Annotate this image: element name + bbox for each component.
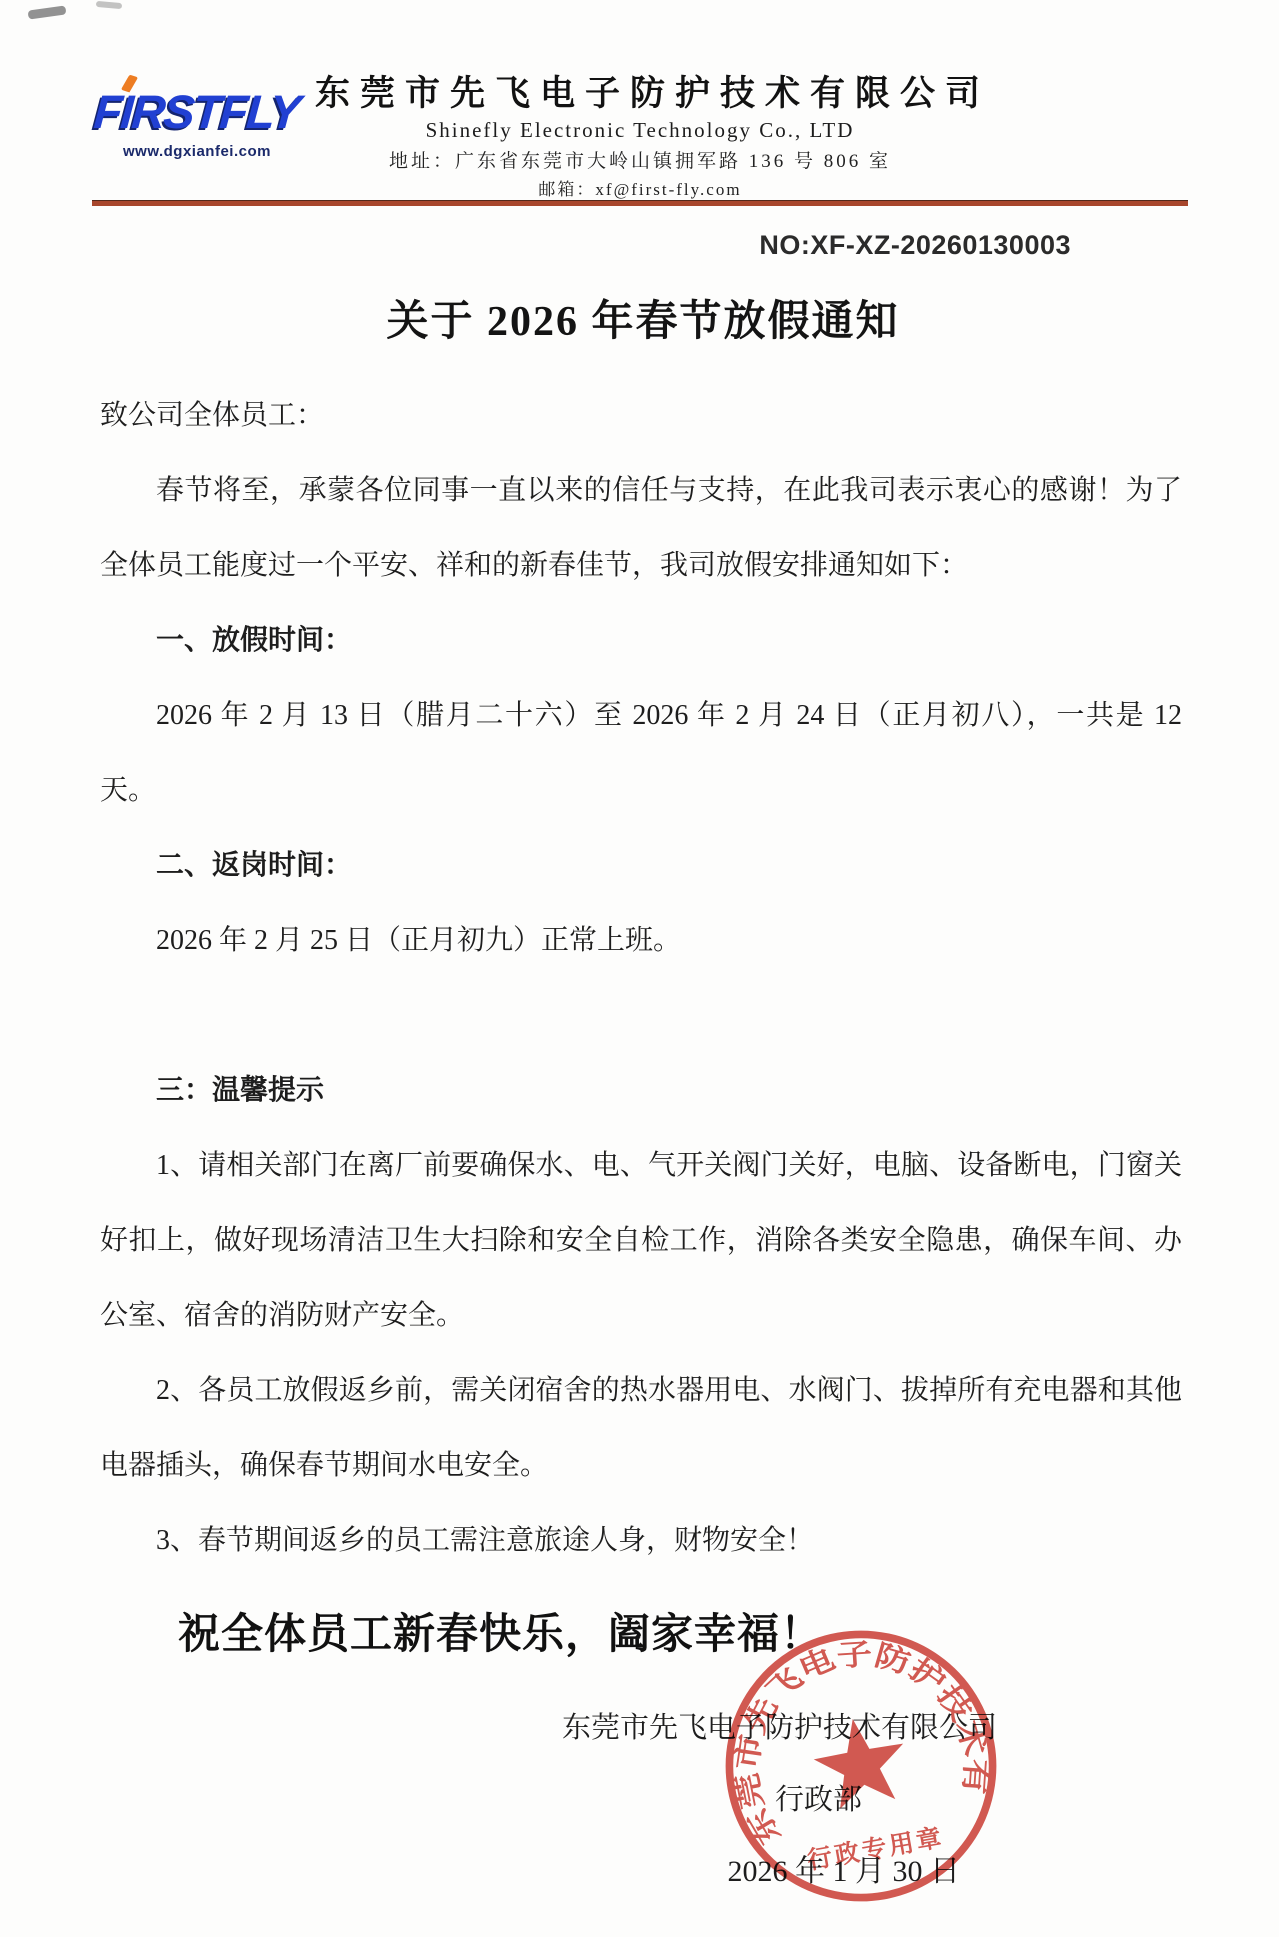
letterhead-divider-line xyxy=(92,200,1188,206)
section-1-text: 2026 年 2 月 13 日（腊月二十六）至 2026 年 2 月 24 日（… xyxy=(100,678,1182,828)
company-logo: FIRSTFLY www.dgxianfei.com xyxy=(92,84,302,160)
letterhead: 东莞市先飞电子防护技术有限公司 Shinefly Electronic Tech… xyxy=(315,66,965,200)
logo-website-text: www.dgxianfei.com xyxy=(92,143,302,160)
closing-wish: 祝全体员工新春快乐，阖家幸福！ xyxy=(100,1600,1182,1671)
scan-artifact xyxy=(96,1,122,9)
section-1-heading: 一、放假时间： xyxy=(100,603,1182,678)
notice-body: 致公司全体员工： 春节将至，承蒙各位同事一直以来的信任与支持，在此我司表示衷心的… xyxy=(100,378,1182,1671)
page-title: 关于 2026 年春节放假通知 xyxy=(95,288,1191,348)
company-email: 邮箱：xf@first-fly.com xyxy=(315,175,965,200)
firstfly-logo-text: FIRSTFLY xyxy=(93,84,302,139)
document-number: NO:XF-XZ-20260130003 xyxy=(759,230,1071,261)
signature-department: 行政部 xyxy=(100,1764,1182,1836)
section-2-heading: 二、返岗时间： xyxy=(100,828,1182,903)
section-2-text: 2026 年 2 月 25 日（正月初九）正常上班。 xyxy=(100,903,1182,978)
signature-company: 东莞市先飞电子防护技术有限公司 xyxy=(100,1692,1182,1764)
salutation: 致公司全体员工： xyxy=(100,378,1182,453)
signature-date: 2026 年 1 月 30 日 xyxy=(100,1836,1182,1908)
tip-item-2: 2、各员工放假返乡前，需关闭宿舍的热水器用电、水阀门、拔掉所有充电器和其他电器插… xyxy=(100,1353,1182,1503)
notice-document-page: FIRSTFLY www.dgxianfei.com 东莞市先飞电子防护技术有限… xyxy=(0,0,1279,1937)
company-address: 地址：广东省东莞市大岭山镇拥军路 136 号 806 室 xyxy=(315,146,965,173)
tip-item-3: 3、春节期间返乡的员工需注意旅途人身，财物安全！ xyxy=(100,1503,1182,1578)
company-name-en: Shinefly Electronic Technology Co., LTD xyxy=(315,118,965,143)
section-3-heading: 三：温馨提示 xyxy=(100,1053,1182,1128)
signature-block: 东莞市先飞电子防护技术有限公司 行政部 2026 年 1 月 30 日 xyxy=(100,1692,1182,1908)
scan-artifact xyxy=(28,5,67,19)
intro-paragraph: 春节将至，承蒙各位同事一直以来的信任与支持，在此我司表示衷心的感谢！为了全体员工… xyxy=(100,453,1182,603)
company-name-cn: 东莞市先飞电子防护技术有限公司 xyxy=(315,66,965,116)
tip-item-1: 1、请相关部门在离厂前要确保水、电、气开关阀门关好，电脑、设备断电，门窗关好扣上… xyxy=(100,1128,1182,1353)
